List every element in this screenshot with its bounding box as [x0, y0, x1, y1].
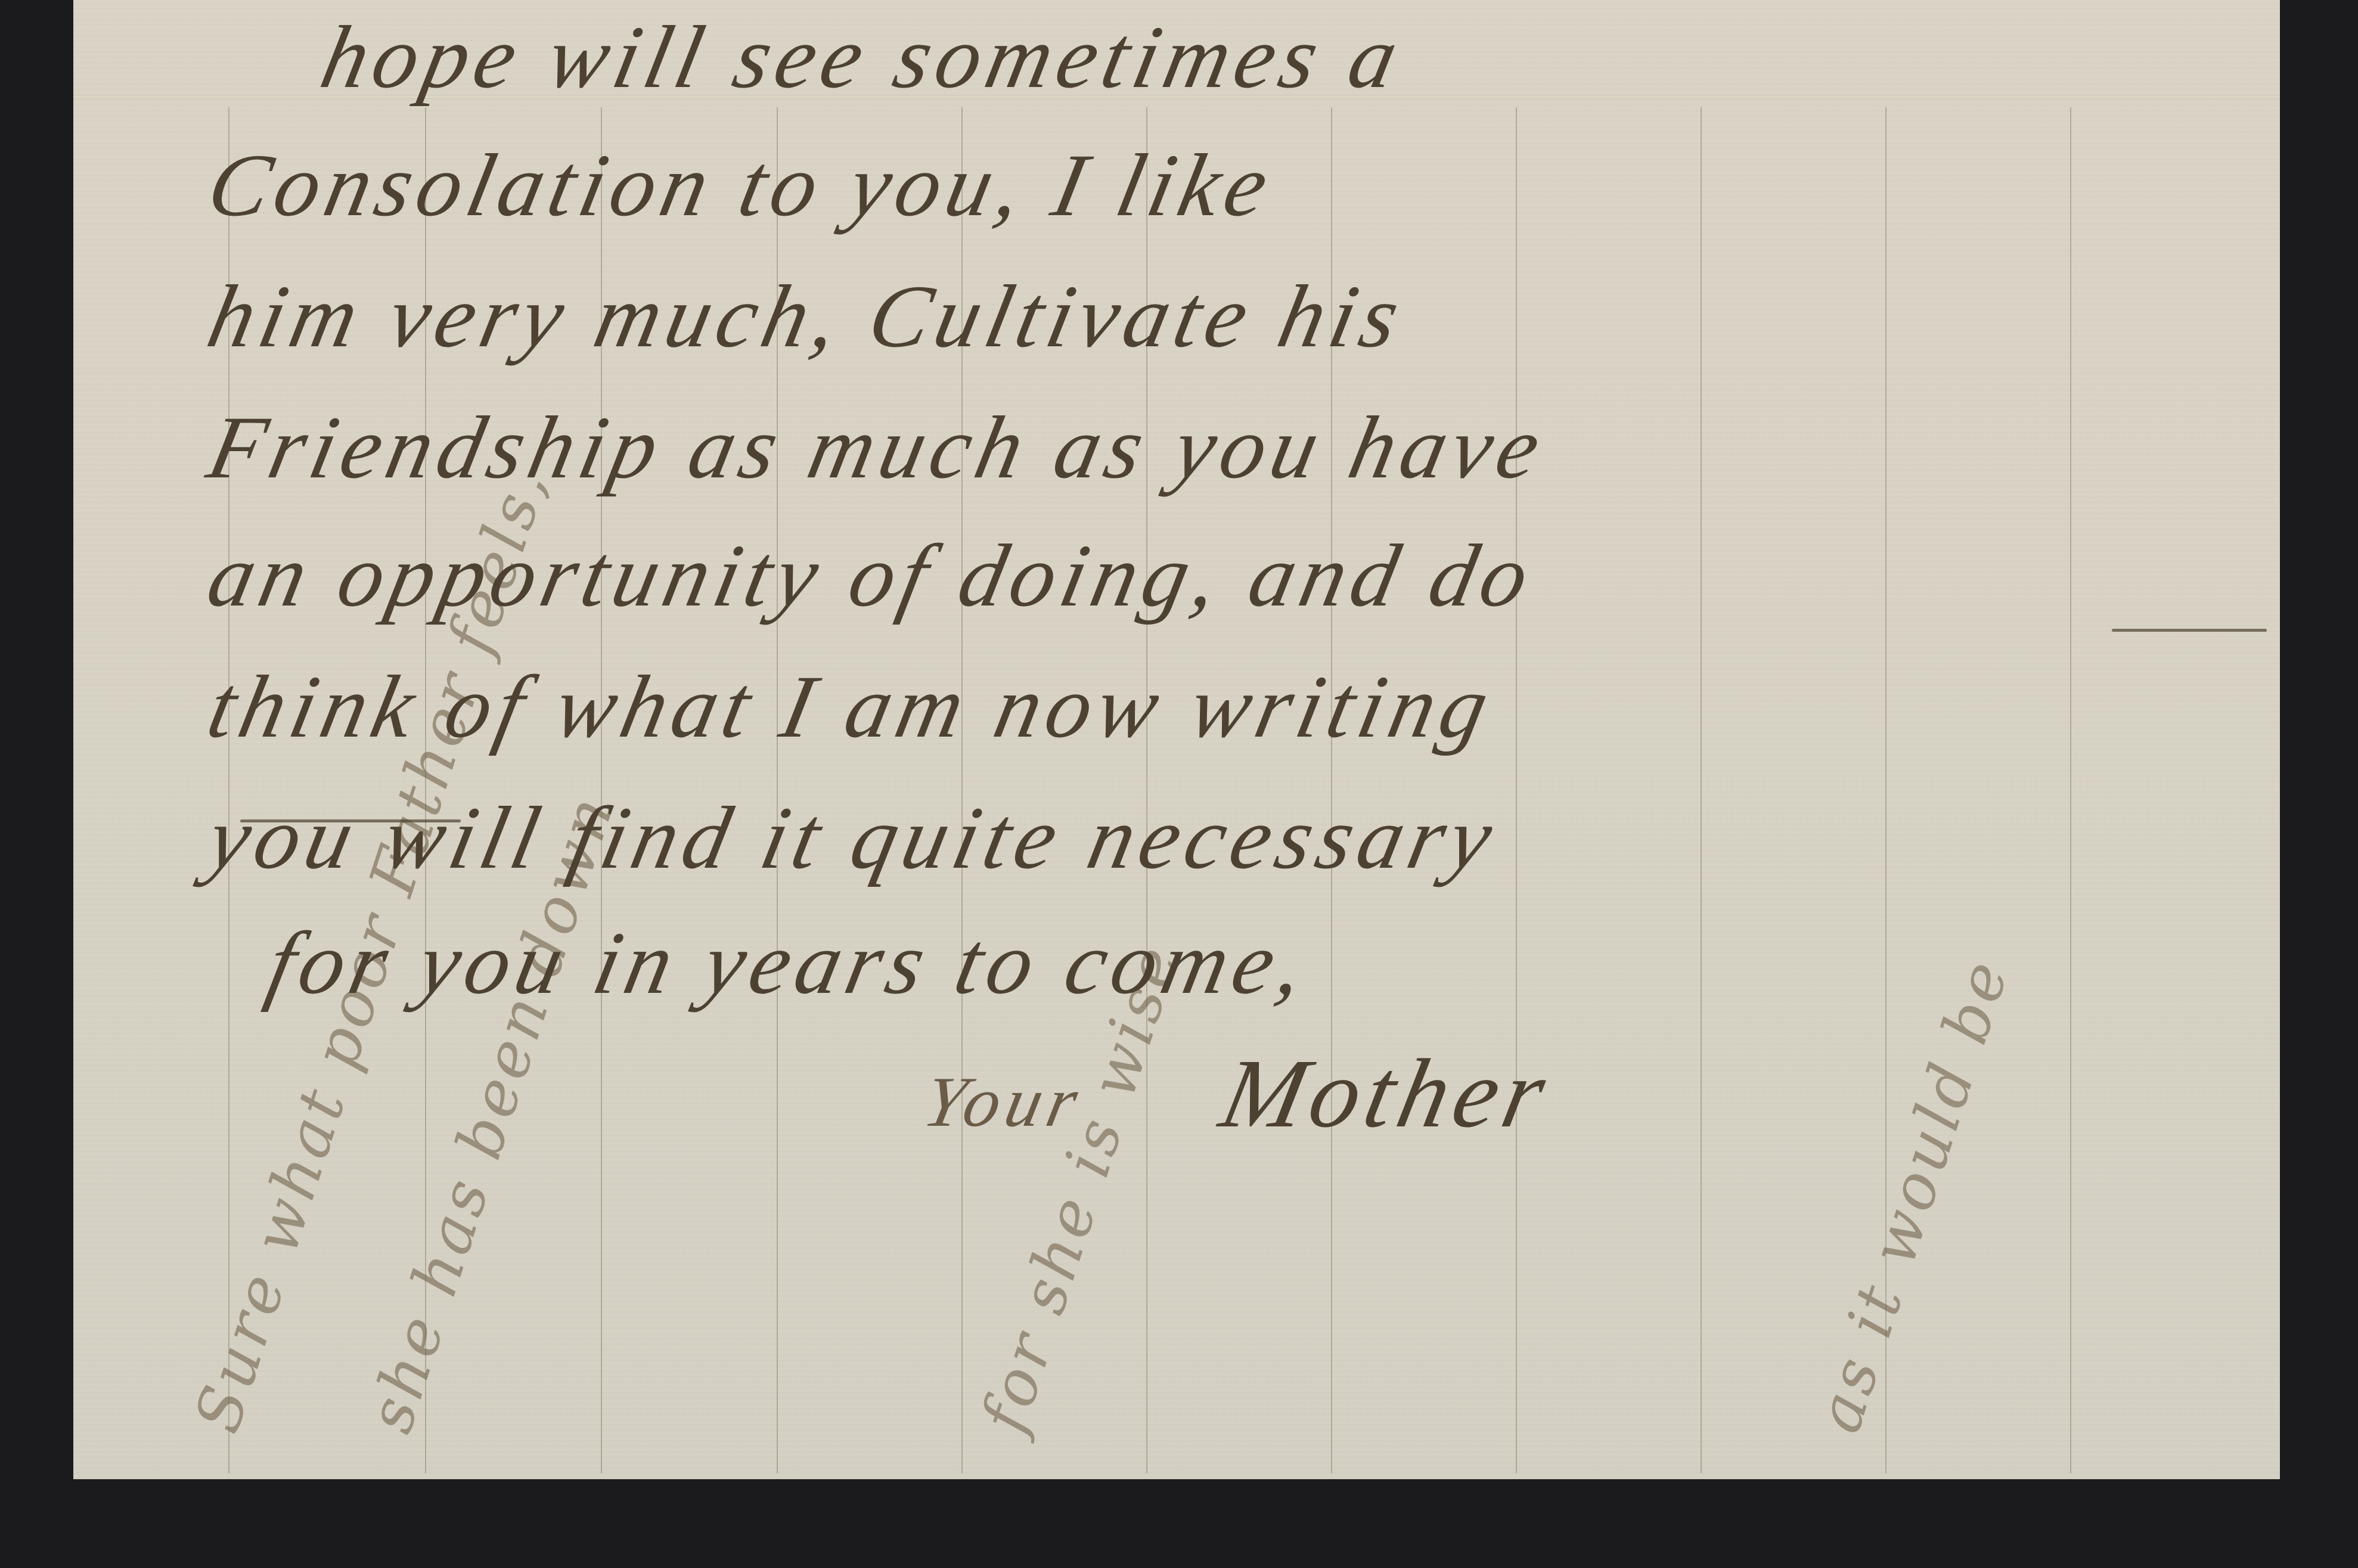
ruled-line: [2070, 107, 2071, 1473]
letter-line-5: an opportunity of doing, and do: [200, 524, 1544, 627]
signature: Mother: [1212, 1037, 1561, 1150]
cross-writing-column: as it would be: [1802, 949, 2024, 1440]
letter-line-1: hope will see sometimes a: [313, 6, 1413, 108]
ruled-line: [1516, 107, 1517, 1473]
closing-word: Your: [917, 1061, 1091, 1143]
ruled-line: [1701, 107, 1702, 1473]
letter-line-2: Consolation to you, I like: [200, 134, 1283, 237]
letter-page: Sure what poor Father feels, she has bee…: [73, 0, 2280, 1479]
letter-line-3: him very much, Cultivate his: [200, 265, 1414, 368]
letter-line-7: you will find it quite necessary: [200, 787, 1507, 889]
underline-mark: [2112, 629, 2267, 632]
underline-mark: [240, 819, 461, 822]
letter-line-6: think of what I am now writing: [200, 656, 1503, 758]
letter-line-4: Friendship as much as you have: [200, 396, 1555, 499]
letter-line-8: for you in years to come,: [259, 912, 1319, 1014]
